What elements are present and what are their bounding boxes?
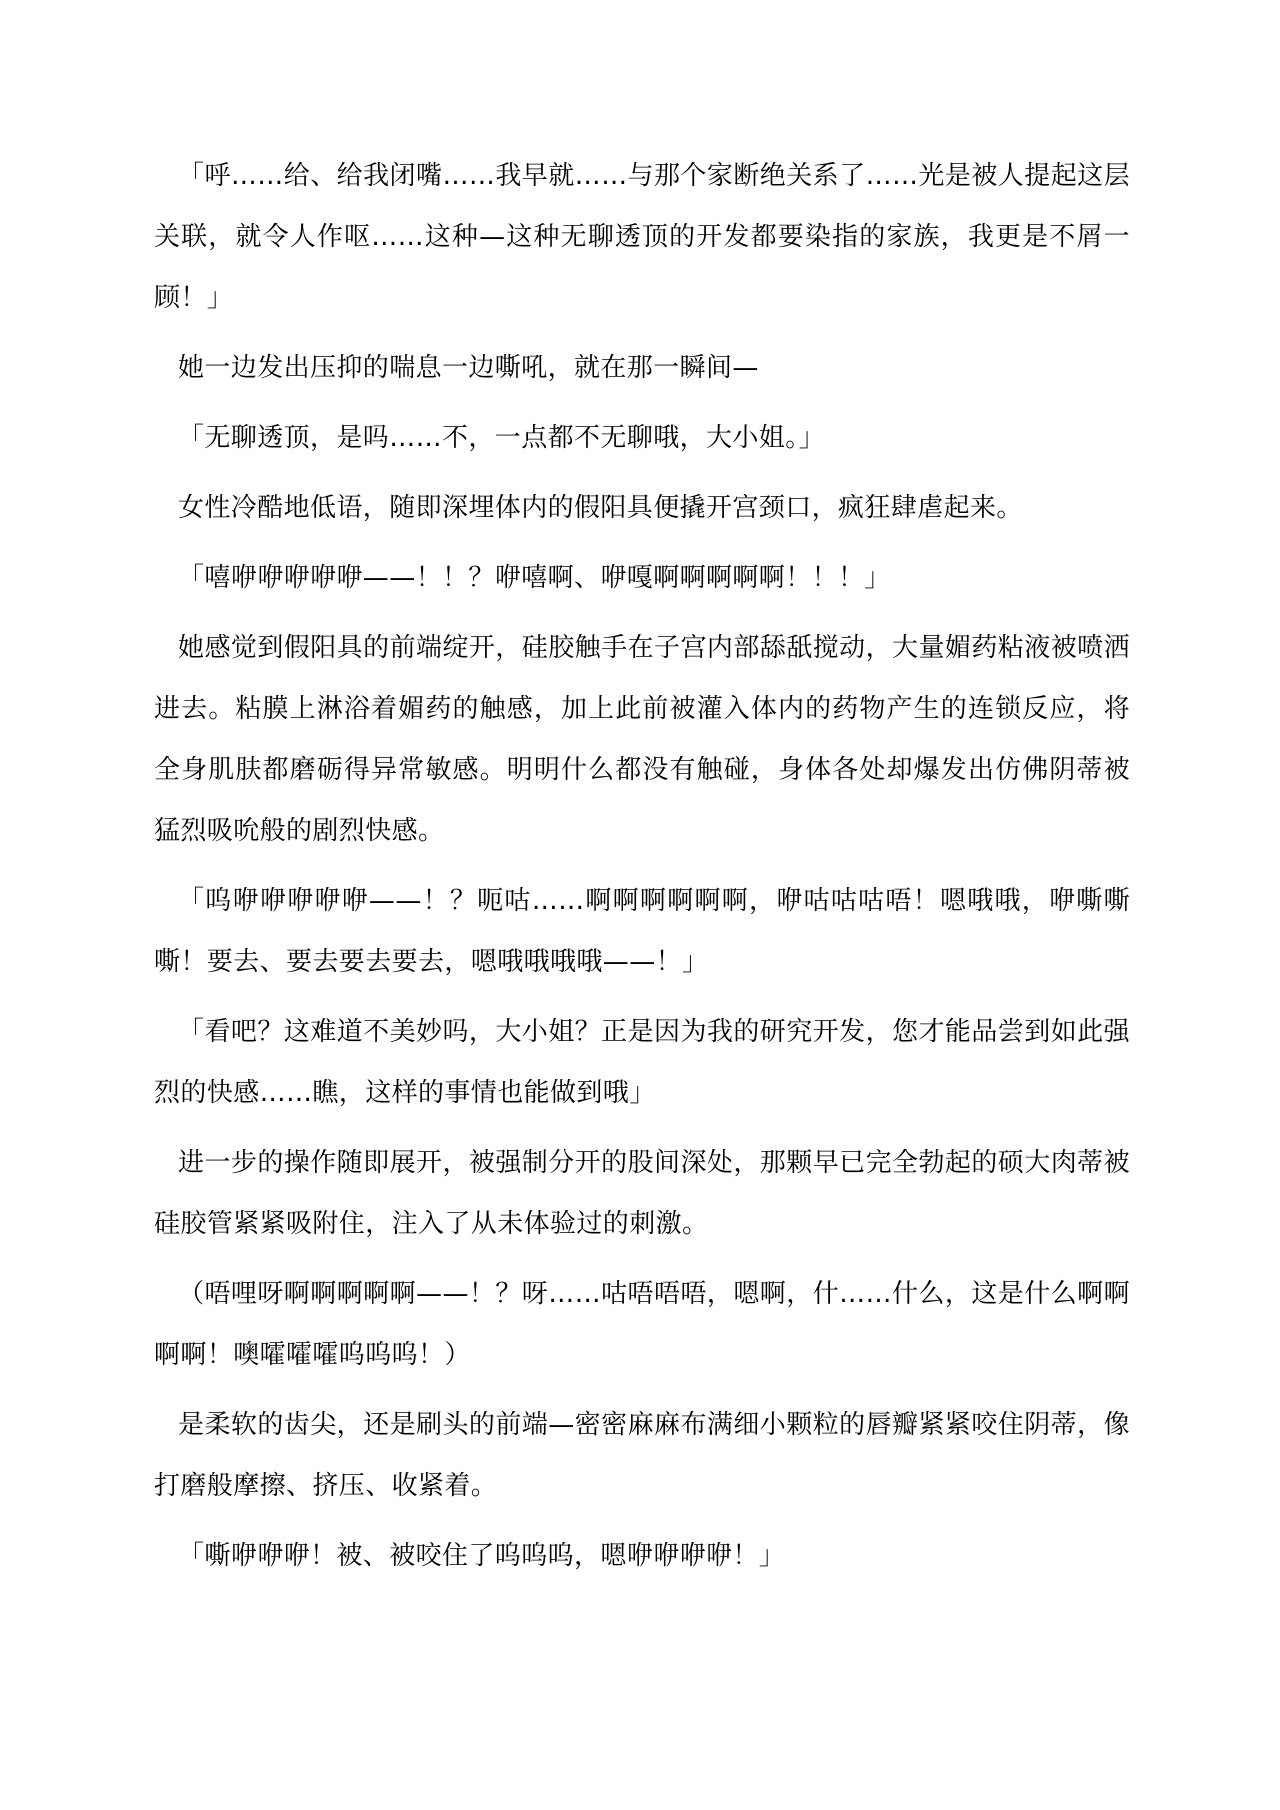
paragraph: 是柔软的齿尖，还是刷头的前端—密密麻麻布满细小颗粒的唇瓣紧紧咬住阴蒂，像打磨般摩… xyxy=(154,1395,1130,1517)
paragraph: 女性冷酷地低语，随即深埋体内的假阳具便撬开宫颈口，疯狂肆虐起来。 xyxy=(154,478,1130,539)
paragraph: 「呼……给、给我闭嘴……我早就……与那个家断绝关系了……光是被人提起这层关联，就… xyxy=(154,146,1130,329)
paragraph: 她一边发出压抑的喘息一边嘶吼，就在那一瞬间— xyxy=(154,338,1130,399)
document-page: 「呼……给、给我闭嘴……我早就……与那个家断绝关系了……光是被人提起这层关联，就… xyxy=(0,0,1280,1810)
paragraph: 进一步的操作随即展开，被强制分开的股间深处，那颗早已完全勃起的硕大肉蒂被硅胶管紧… xyxy=(154,1133,1130,1255)
paragraph: 「嘶咿咿咿！被、被咬住了呜呜呜，嗯咿咿咿咿！」 xyxy=(154,1526,1130,1587)
paragraph: （唔哩呀啊啊啊啊啊——！？呀……咕唔唔唔，嗯啊，什……什么，这是什么啊啊啊啊！噢… xyxy=(154,1264,1130,1386)
paragraph: 「无聊透顶，是吗……不，一点都不无聊哦，大小姐。」 xyxy=(154,408,1130,469)
paragraph: 「嘻咿咿咿咿咿——！！？咿嘻啊、咿嘎啊啊啊啊啊！！！」 xyxy=(154,548,1130,609)
paragraph: 她感觉到假阳具的前端绽开，硅胶触手在子宫内部舔舐搅动，大量媚药粘液被喷洒进去。粘… xyxy=(154,618,1130,862)
paragraph: 「看吧？这难道不美妙吗，大小姐？正是因为我的研究开发，您才能品尝到如此强烈的快感… xyxy=(154,1002,1130,1124)
text-body: 「呼……给、给我闭嘴……我早就……与那个家断绝关系了……光是被人提起这层关联，就… xyxy=(154,146,1130,1587)
paragraph: 「呜咿咿咿咿咿——！？呃咕……啊啊啊啊啊啊，咿咕咕咕唔！嗯哦哦，咿嘶嘶嘶！要去、… xyxy=(154,871,1130,993)
